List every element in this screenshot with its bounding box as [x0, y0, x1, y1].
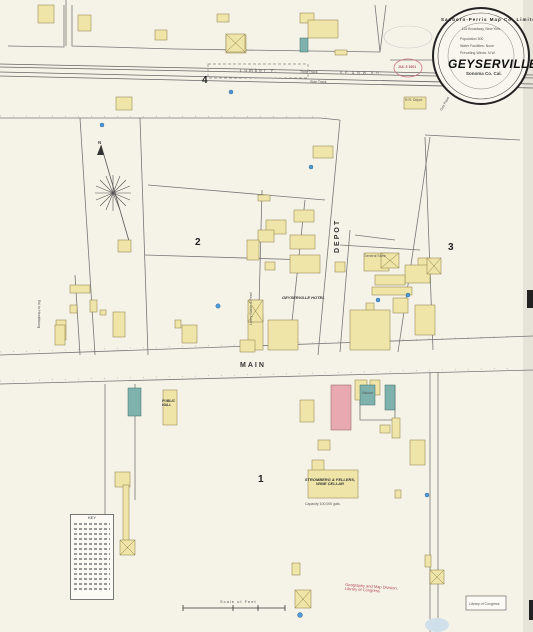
state-label: Sonoma Co. Cal.: [466, 72, 502, 77]
hotel-label: GEYSERVILLE HOTEL: [282, 296, 325, 300]
sanborn-map: 4 2 3 1 MAIN DEPOT Lumber Y. S.F. & N.W.…: [0, 0, 533, 632]
received-stamp-date: JUL 5 1901: [398, 66, 416, 70]
key-title: KEY: [71, 515, 113, 520]
compass-north-label: N: [98, 141, 101, 146]
block-number: 3: [448, 243, 454, 253]
depot-label: R.R. Depot: [405, 99, 422, 103]
scale-label: Scale of Feet: [220, 600, 257, 604]
store-label: General Store: [364, 255, 386, 259]
city-title: GEYSERVILLE: [448, 58, 533, 70]
railroad-label: S.F. & N.W. R.R.: [340, 72, 382, 76]
hall-label: PUBLIC HALL: [162, 400, 178, 407]
livery-label: Livery Stable & Feed: [250, 293, 254, 326]
publisher-name: Sanborn-Perris Map Co. Limited: [441, 18, 521, 23]
street-label-depot: DEPOT: [334, 219, 341, 253]
title-line: Prevailing Winds: N.W.: [460, 52, 496, 56]
block-number: 2: [195, 238, 201, 248]
saloon-label: Saloon: [362, 392, 373, 396]
block-number: 4: [202, 76, 208, 86]
street-label-main: MAIN: [240, 362, 266, 369]
map-key: KEY: [70, 514, 114, 600]
library-stamp: Library of Congress: [469, 603, 500, 607]
winery-note: Capacity 100,000 gals.: [305, 503, 341, 507]
road-label: Rd. to Healdsburg: [37, 300, 41, 328]
track-note: Side Track: [310, 81, 327, 85]
winery-label: STROMBERG & FELLERS, WINE CELLAR: [302, 478, 358, 486]
title-line: Population 300: [460, 38, 483, 42]
lumber-yard-label: Lumber Y.: [240, 69, 278, 74]
block-number: 1: [258, 475, 264, 485]
title-line: Water Facilities: None: [460, 45, 494, 49]
publisher-address: 115 Broadway, New York: [456, 28, 506, 32]
track-note: Third Track: [300, 71, 318, 75]
brick-building: [331, 385, 351, 430]
